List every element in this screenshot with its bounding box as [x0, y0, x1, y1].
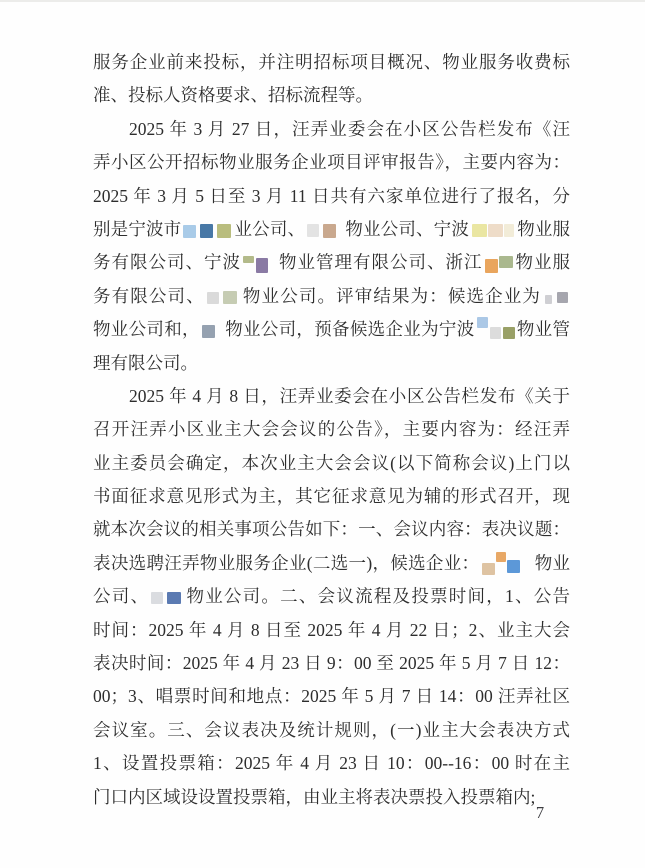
text-line-13: 业主委员会确定，本次业主大会会议(以下简称会议)上门以 [93, 447, 570, 480]
text-segment: 书面征求意见形式为主，其它征求意见为辅的形式召开，现 [93, 486, 570, 506]
pixelated-square [545, 295, 552, 304]
page-number: 7 [528, 803, 552, 823]
pixelated-square [472, 224, 487, 237]
text-segment: 物业公司。二、会议流程及投票时间，1、公告 [185, 586, 570, 606]
text-segment: 召开汪弄小区业主大会会议的公告》，主要内容为：经汪弄 [93, 419, 570, 439]
pixelated-square [504, 224, 514, 237]
text-segment: 别是宁波市 [93, 219, 181, 239]
text-segment: 时间：2025 年 4 月 8 日至 2025 年 4 月 22 日；2、业主大… [93, 620, 570, 640]
text-line-10: 理有限公司。 [93, 347, 570, 380]
text-segment: 物业管理有限公司、浙江 [278, 252, 483, 272]
redaction-r6 [207, 291, 237, 304]
text-segment: 物业服 [515, 252, 571, 272]
text-segment: 理有限公司。 [93, 353, 198, 373]
pixelated-square [557, 292, 568, 303]
text-line-3: 2025 年 3 月 27 日，汪弄业委会在小区公告栏发布《汪 [93, 113, 570, 146]
text-line-21: 会议室。三、会议表决及统计规则，(一)业主大会表决方式 [93, 714, 570, 747]
text-line-5: 2025 年 3 月 5 日至 3 月 11 日共有六家单位进行了报名，分 [93, 180, 570, 213]
text-segment: 1、设置投票箱：2025 年 4 月 23 日 10：00--16：00 时在主 [93, 753, 570, 773]
redaction-r5 [485, 257, 513, 271]
text-segment: 2025 年 3 月 5 日至 3 月 11 日共有六家单位进行了报名，分 [93, 186, 570, 206]
pixelated-square [202, 325, 215, 338]
text-line-9: 物业公司和，物业公司，预备候选企业为宁波物业管 [93, 313, 570, 346]
text-segment: 务有限公司、宁波 [93, 252, 241, 272]
text-line-22: 1、设置投票箱：2025 年 4 月 23 日 10：00--16：00 时在主 [93, 747, 570, 780]
pixelated-square [499, 256, 513, 268]
redaction-r11 [151, 592, 181, 604]
pixelated-square [200, 224, 213, 238]
text-line-12: 召开汪弄小区业主大会会议的公告》，主要内容为：经汪弄 [93, 413, 570, 446]
pixelated-square [151, 592, 163, 604]
text-line-2: 准、投标人资格要求、招标流程等。 [93, 79, 570, 112]
text-segment: 物业公司和， [93, 319, 200, 339]
redaction-r1 [183, 224, 231, 238]
text-line-16: 表决选聘汪弄物业服务企业(二选一)，候选企业：物业 [93, 547, 570, 580]
text-segment: 表决选聘汪弄物业服务企业(二选一)，候选企业： [93, 553, 479, 573]
pixelated-square [485, 259, 498, 273]
text-segment: 服务企业前来投标，并注明招标项目概况、物业服务收费标 [93, 52, 570, 72]
text-line-8: 务有限公司、物业公司。评审结果为：候选企业为 [93, 280, 570, 313]
text-line-15: 就本次会议的相关事项公告如下：一、会议内容：表决议题： [93, 513, 570, 546]
pixelated-square [482, 563, 495, 575]
pixelated-square [207, 292, 219, 304]
text-segment: 00；3、唱票时间和地点：2025 年 5 月 7 日 14：00 汪弄社区 [93, 686, 570, 706]
text-line-6: 别是宁波市业公司、物业公司、宁波物业服 [93, 213, 570, 246]
text-line-18: 时间：2025 年 4 月 8 日至 2025 年 4 月 22 日；2、业主大… [93, 614, 570, 647]
text-segment: 表决时间：2025 年 4 月 23 日 9：00 至 2025 年 5 月 7… [93, 653, 570, 673]
text-segment: 就本次会议的相关事项公告如下：一、会议内容：表决议题： [93, 519, 570, 539]
pixelated-square [507, 560, 520, 573]
text-line-23: 门口内区域设设置投票箱，由业主将表决票投入投票箱内; [93, 781, 570, 814]
text-segment: 公司、 [93, 586, 149, 606]
pixelated-square [183, 225, 196, 238]
text-line-14: 书面征求意见形式为主，其它征求意见为辅的形式召开，现 [93, 480, 570, 513]
pixelated-square [243, 256, 254, 263]
redaction-r10 [482, 558, 520, 571]
pixelated-square [323, 224, 336, 238]
text-line-17: 公司、物业公司。二、会议流程及投票时间，1、公告 [93, 580, 570, 613]
text-line-20: 00；3、唱票时间和地点：2025 年 5 月 7 日 14：00 汪弄社区 [93, 680, 570, 713]
text-line-7: 务有限公司、宁波物业管理有限公司、浙江物业服 [93, 246, 570, 279]
document-body: 服务企业前来投标，并注明招标项目概况、物业服务收费标准、投标人资格要求、招标流程… [93, 46, 570, 814]
pixelated-square [503, 327, 515, 339]
document-page: 服务企业前来投标，并注明招标项目概况、物业服务收费标准、投标人资格要求、招标流程… [0, 0, 645, 868]
text-line-4: 弄小区公开招标物业服务企业项目评审报告》，主要内容为： [93, 146, 570, 179]
text-segment: 物业公司，预备候选企业为宁波 [225, 319, 475, 339]
redaction-r2 [307, 224, 336, 238]
pixelated-square [167, 592, 181, 604]
text-segment: 务有限公司、 [93, 286, 205, 306]
text-segment: 业主委员会确定，本次业主大会会议(以下简称会议)上门以 [93, 453, 570, 473]
text-segment: 2025 年 3 月 27 日，汪弄业委会在小区公告栏发布《汪 [129, 119, 570, 139]
text-segment: 弄小区公开招标物业服务企业项目评审报告》，主要内容为： [93, 152, 570, 172]
text-segment: 2025 年 4 月 8 日，汪弄业委会在小区公告栏发布《关于 [129, 386, 570, 406]
pixelated-square [488, 224, 503, 237]
text-segment: 物业服 [517, 219, 570, 239]
text-segment: 物业 [534, 553, 570, 573]
pixelated-square [490, 327, 501, 339]
text-segment: 物业公司。评审结果为：候选企业为 [242, 286, 541, 306]
pixelated-square [496, 552, 506, 562]
text-line-11: 2025 年 4 月 8 日，汪弄业委会在小区公告栏发布《关于 [93, 380, 570, 413]
redaction-r7 [545, 292, 568, 303]
text-segment: 业公司、 [234, 219, 305, 239]
text-line-1: 服务企业前来投标，并注明招标项目概况、物业服务收费标 [93, 46, 570, 79]
pixelated-square [223, 291, 237, 304]
redaction-r9 [477, 325, 515, 337]
redaction-r8 [202, 325, 215, 338]
text-segment: 物业管 [517, 319, 570, 339]
redaction-r4 [243, 257, 268, 272]
pixelated-square [307, 224, 319, 237]
text-line-19: 表决时间：2025 年 4 月 23 日 9：00 至 2025 年 5 月 7… [93, 647, 570, 680]
pixelated-square [256, 258, 268, 273]
redaction-r3 [472, 224, 514, 237]
text-segment: 会议室。三、会议表决及统计规则，(一)业主大会表决方式 [93, 720, 570, 740]
pixelated-square [477, 317, 488, 328]
text-segment: 门口内区域设设置投票箱，由业主将表决票投入投票箱内; [93, 787, 535, 807]
text-segment: 物业公司、宁波 [345, 219, 469, 239]
text-segment: 准、投标人资格要求、招标流程等。 [93, 85, 373, 105]
pixelated-square [217, 224, 231, 238]
